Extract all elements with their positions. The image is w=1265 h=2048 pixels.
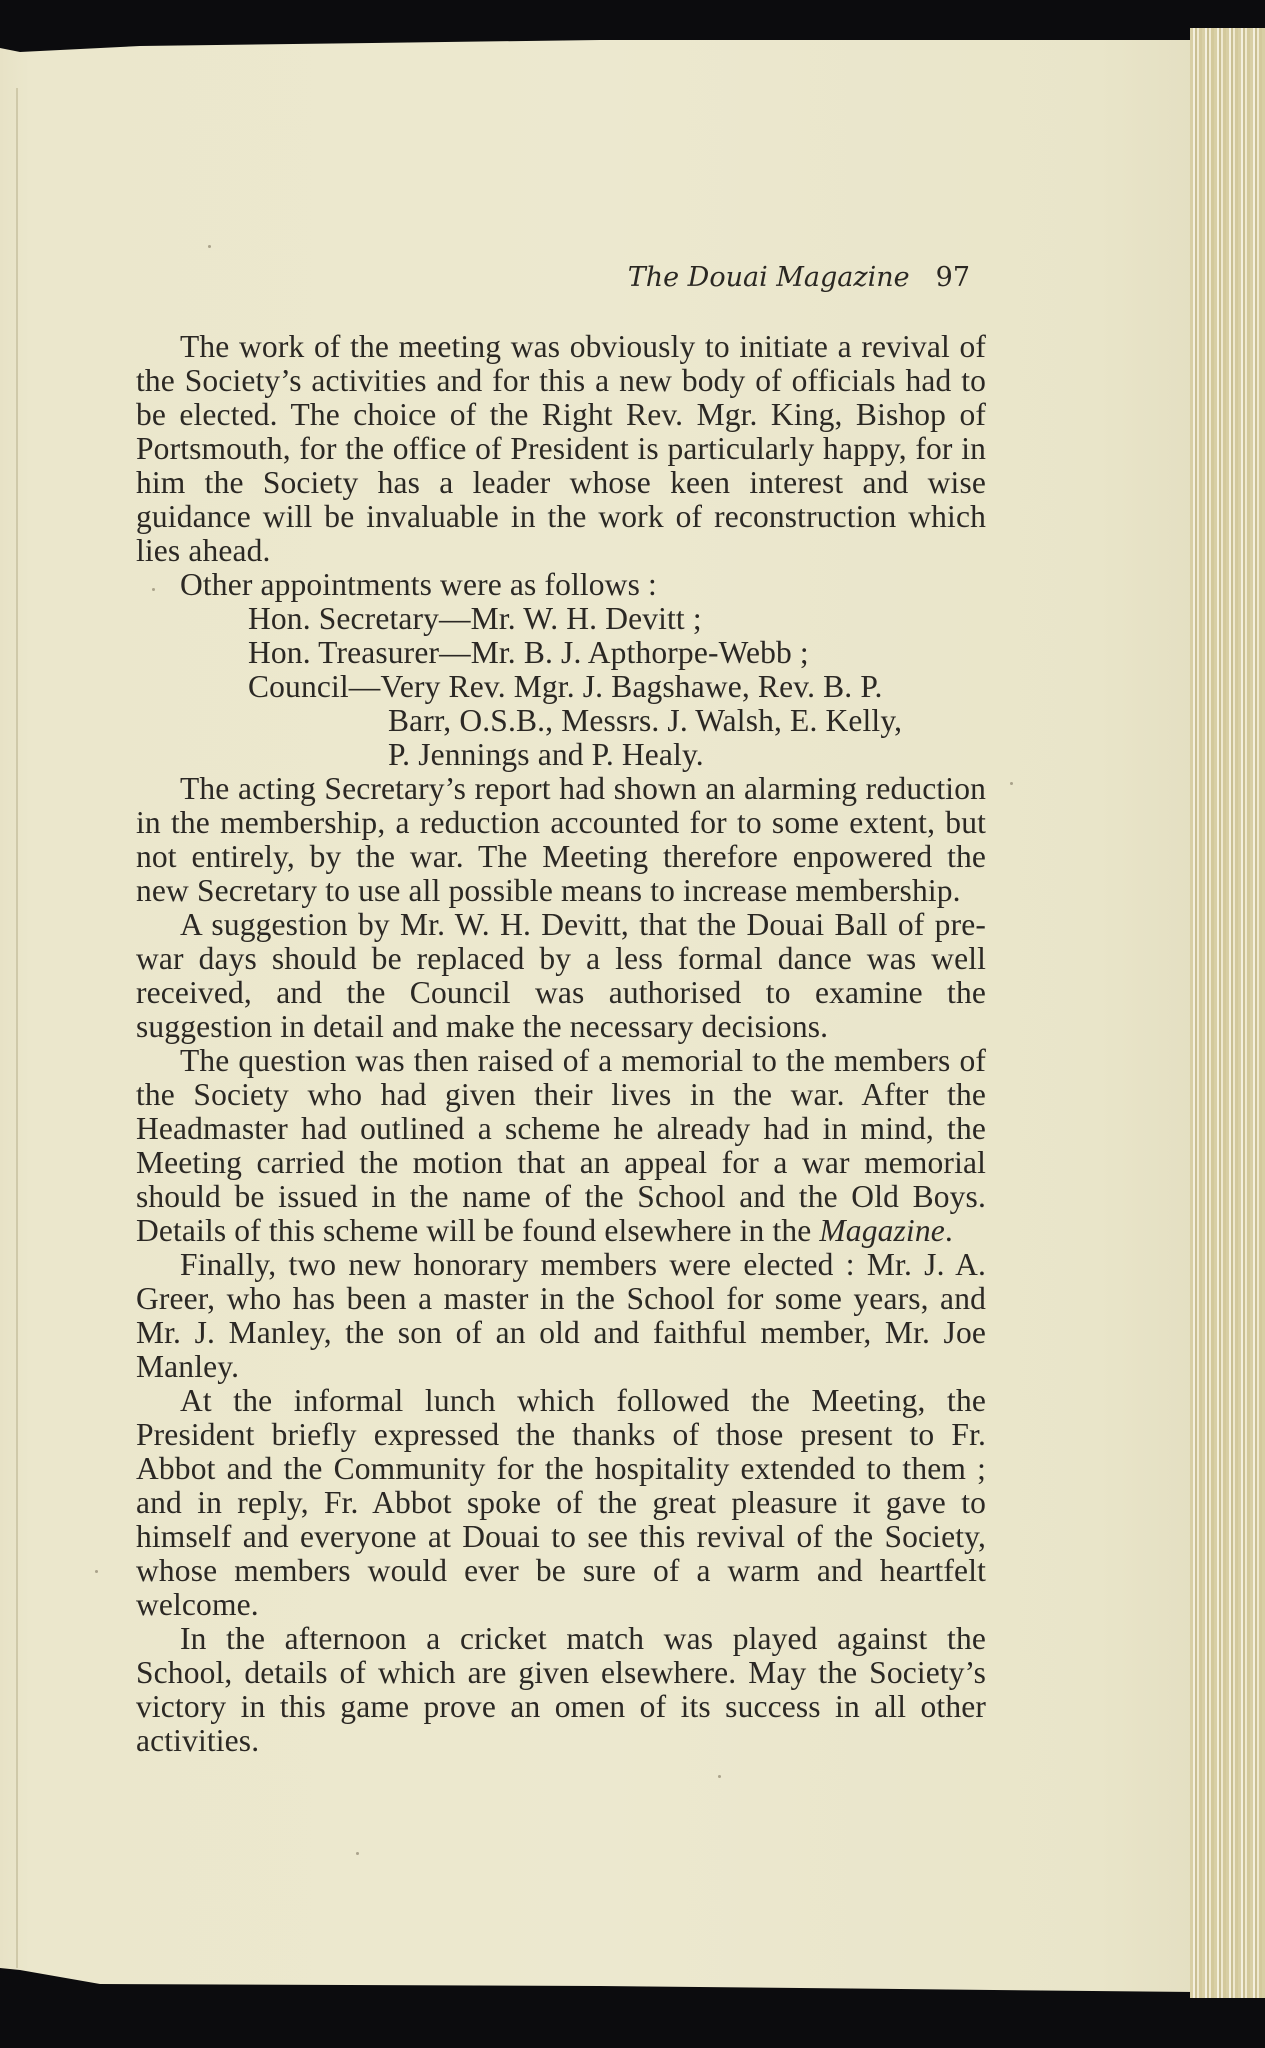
paragraph-war-memorial: The question was then raised of a memori… xyxy=(136,1044,986,1248)
paragraph-douai-ball: A suggestion by Mr. W. H. Devitt, that t… xyxy=(136,908,986,1044)
paper-speck xyxy=(152,588,155,591)
council-line-3: P. Jennings and P. Healy. xyxy=(248,738,986,772)
appointment-treasurer: Hon. Treasurer—Mr. B. J. Apthorpe-Webb ; xyxy=(136,636,986,670)
paper-speck xyxy=(208,245,211,248)
magazine-title: The Douai Magazine xyxy=(628,262,910,293)
paragraph-informal-lunch: At the informal lunch which followed the… xyxy=(136,1384,986,1622)
paragraph-cricket-match: In the afternoon a cricket match was pla… xyxy=(136,1622,986,1758)
paragraph-officials: The work of the meeting was obviously to… xyxy=(136,330,986,568)
appointment-council: Council—Very Rev. Mgr. J. Bagshawe, Rev.… xyxy=(136,670,986,772)
council-line-1: Council—Very Rev. Mgr. J. Bagshawe, Rev.… xyxy=(248,669,883,704)
scanned-book-page: The Douai Magazine97 The work of the mee… xyxy=(0,0,1265,2048)
war-memorial-end: . xyxy=(945,1213,953,1248)
page-sheet: The Douai Magazine97 The work of the mee… xyxy=(0,40,1195,1992)
running-header: The Douai Magazine97 xyxy=(580,262,970,293)
magazine-italic: Magazine xyxy=(819,1213,944,1248)
paragraph-honorary-members: Finally, two new honorary members were e… xyxy=(136,1248,986,1384)
appointment-secretary: Hon. Secretary—Mr. W. H. Devitt ; xyxy=(136,602,986,636)
article-body: The work of the meeting was obviously to… xyxy=(136,330,986,1758)
paper-speck xyxy=(718,1775,721,1778)
paragraph-membership: The acting Secretary’s report had shown … xyxy=(136,772,986,908)
paper-speck xyxy=(95,1570,98,1573)
paper-speck xyxy=(356,1852,359,1855)
page-number: 97 xyxy=(936,262,970,293)
appointments-list: Hon. Secretary—Mr. W. H. Devitt ; Hon. T… xyxy=(136,602,986,772)
paragraph-appointments-intro: Other appointments were as follows : xyxy=(136,568,986,602)
page-edge-stack xyxy=(1190,28,1265,1998)
paper-speck xyxy=(1010,782,1013,785)
page-gutter-fold xyxy=(16,88,18,1968)
council-line-2: Barr, O.S.B., Messrs. J. Walsh, E. Kelly… xyxy=(248,704,986,738)
